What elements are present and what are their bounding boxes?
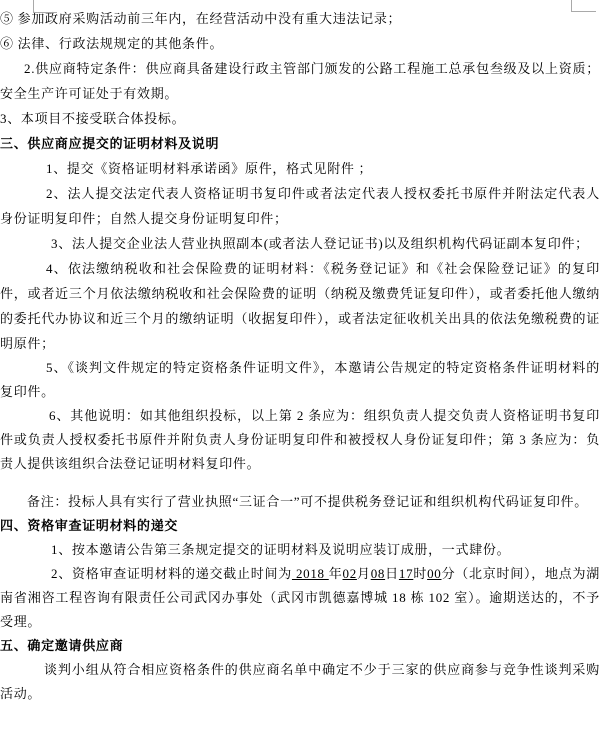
document-page: ⑤ 参加政府采购活动前三年内，在经营活动中没有重大违法记录； ⑥ 法律、行政法规… bbox=[0, 0, 600, 742]
deadline-month-value: 02 bbox=[343, 566, 357, 581]
remark-note: 备注：投标人具有实行了营业执照“三证合一”可不提供税务登记证和组织机构代码证复印… bbox=[0, 490, 600, 514]
page-corner-mark-left bbox=[33, 0, 57, 13]
deadline-day-label: 日 bbox=[385, 566, 399, 581]
material-item-2: 2、法人提交法定代表人资格证明书复印件或者法定代表人授权委托书原件并附法定代表人… bbox=[0, 181, 600, 231]
material-item-3: 3、法人提交企业法人营业执照副本(或者法人登记证书)以及组织机构代码证副本复印件… bbox=[0, 231, 600, 256]
no-joint-bidding-clause: 3、本项目不接受联合体投标。 bbox=[0, 106, 600, 131]
supplier-specific-conditions: 2.供应商特定条件：供应商具备建设行政主管部门颁发的公路工程施工总承包叁级及以上… bbox=[0, 56, 600, 106]
material-item-6: 6、其他说明：如其他组织投标，以上第 2 条应为：组织负责人提交负责人资格证明书… bbox=[0, 404, 600, 476]
material-item-5: 5、《谈判文件规定的特定资格条件证明文件》，本邀请公告规定的特定资格条件证明材料… bbox=[0, 356, 600, 404]
page-corner-mark-right bbox=[571, 0, 596, 12]
submission-item-1: 1、按本邀请公告第三条规定提交的证明材料及说明应装订成册，一式肆份。 bbox=[0, 538, 600, 562]
deadline-year-label: 年 bbox=[329, 566, 343, 581]
deadline-month-label: 月 bbox=[357, 566, 371, 581]
section-title-material-submission: 四、资格审查证明材料的递交 bbox=[0, 514, 600, 538]
condition-item-5: ⑤ 参加政府采购活动前三年内，在经营活动中没有重大违法记录； bbox=[0, 6, 600, 31]
supplier-determination-para: 谈判小组从符合相应资格条件的供应商名单中确定不少于三家的供应商参与竞争性谈判采购… bbox=[0, 658, 600, 706]
section-title-certification-materials: 三、供应商应提交的证明材料及说明 bbox=[0, 131, 600, 156]
submission-deadline: 2、资格审查证明材料的递交截止时间为 2018 年02月08日17时00分（北京… bbox=[0, 562, 600, 634]
condition-item-6: ⑥ 法律、行政法规规定的其他条件。 bbox=[0, 31, 600, 56]
deadline-minute-value: 00 bbox=[427, 566, 441, 581]
deadline-prefix: 2、资格审查证明材料的递交截止时间为 bbox=[51, 566, 292, 581]
material-item-4: 4、依法缴纳税收和社会保险费的证明材料：《税务登记证》和《社会保险登记证》的复印… bbox=[0, 256, 600, 356]
section-title-determine-suppliers: 五、确定邀请供应商 bbox=[0, 634, 600, 658]
deadline-hour-label: 时 bbox=[413, 566, 427, 581]
material-item-1: 1、提交《资格证明材料承诺函》原件，格式见附件 ； bbox=[0, 156, 600, 181]
deadline-year-value: 2018 bbox=[292, 566, 329, 581]
deadline-hour-value: 17 bbox=[399, 566, 413, 581]
deadline-day-value: 08 bbox=[371, 566, 385, 581]
